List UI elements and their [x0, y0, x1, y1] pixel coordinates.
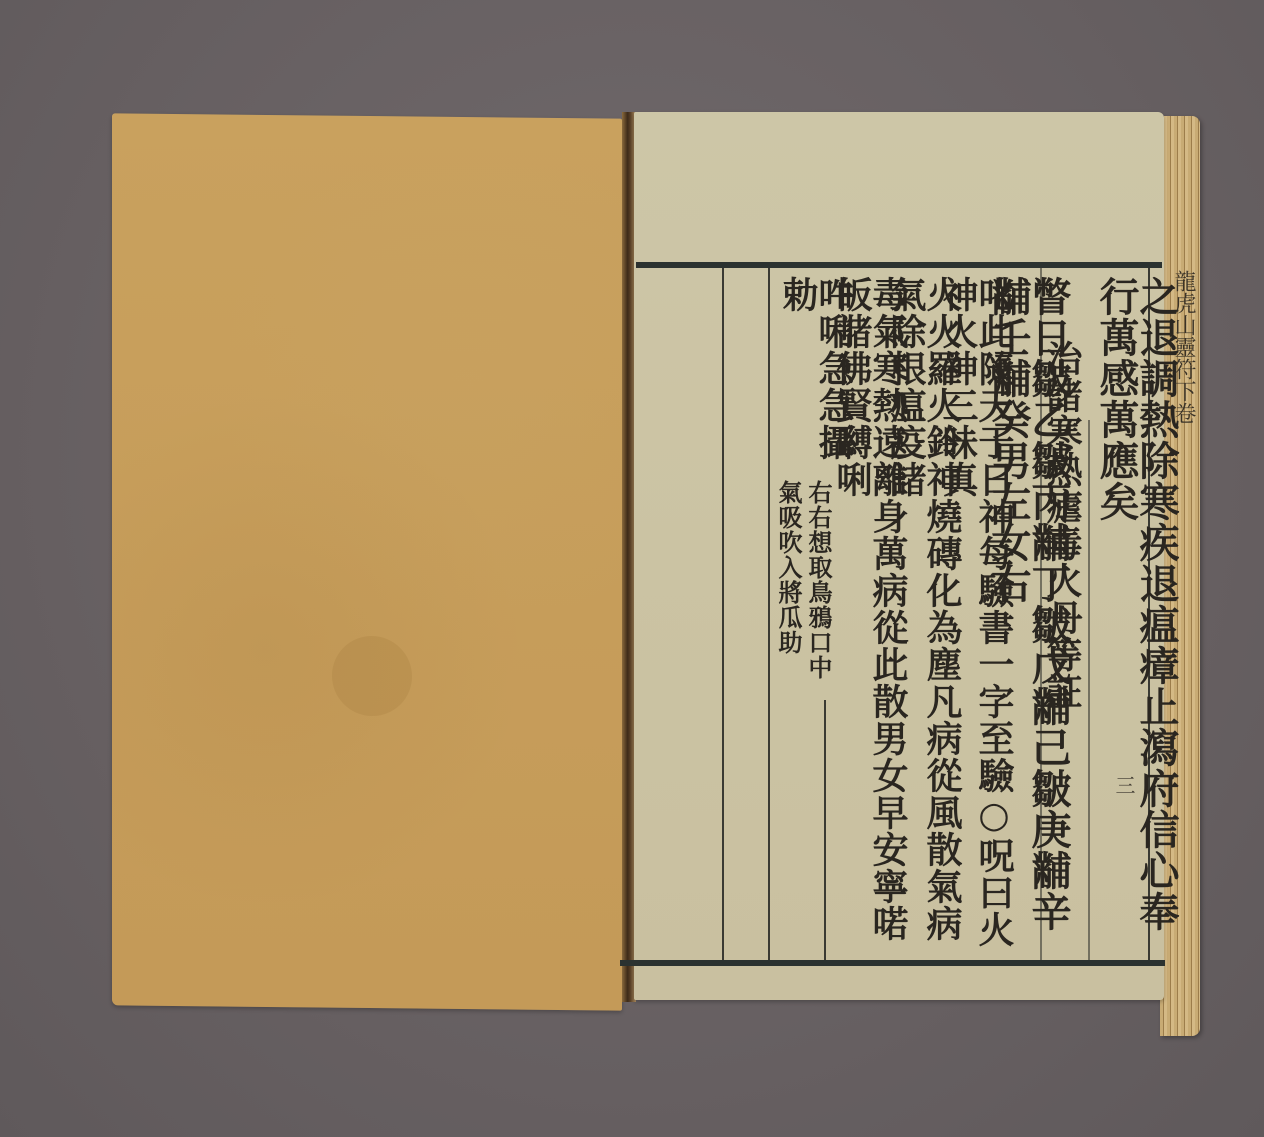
column-rule: [722, 268, 724, 960]
text-column-7a: 吽唎急急攝勅: [780, 276, 852, 496]
paper-stain: [332, 636, 412, 717]
frame-bottom-border: [620, 960, 1165, 966]
column-rule: [768, 268, 770, 960]
fold-margin-title: 龍虎山靈符下卷: [1168, 270, 1199, 424]
column-rule: [1088, 420, 1090, 960]
text-column-7c: 氣吸吹入將瓜助: [776, 480, 800, 710]
column-rule: [824, 700, 826, 960]
page-number: 三: [1110, 775, 1139, 795]
left-blank-page: [112, 113, 622, 1010]
text-column-7b: 右右想取鳥鴉口中: [806, 480, 830, 710]
text-column-1: 之退調熱除寒疾退瘟瘴止瀉府信心奉行萬感萬應矣: [1096, 276, 1176, 956]
frame-top-border: [636, 262, 1162, 268]
